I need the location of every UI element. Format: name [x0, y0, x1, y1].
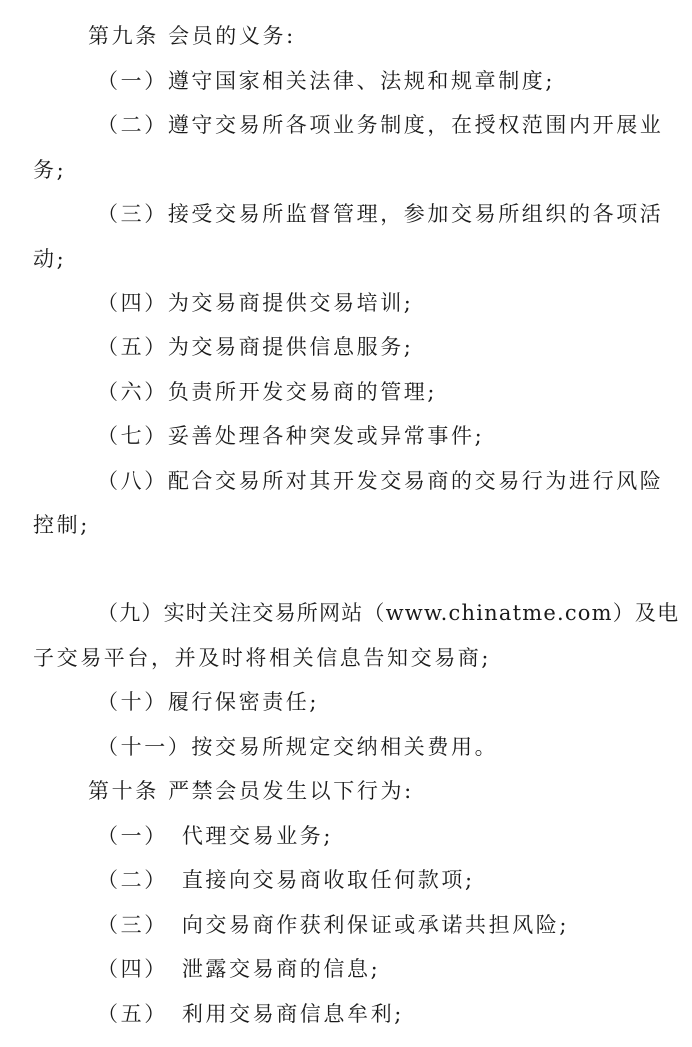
article-9-item-7: （七）妥善处理各种突发或异常事件; [97, 414, 484, 458]
article-9-item-11: （十一）按交易所规定交纳相关费用。 [97, 725, 498, 769]
item-marker: （三） [97, 202, 168, 226]
item-text: 妥善处理各种突发或异常事件; [168, 424, 484, 448]
article-9-heading: 第九条 会员的义务: [88, 14, 296, 58]
item-text: 向交易商作获利保证或承诺共担风险; [182, 913, 569, 937]
article-9-item-10: （十）履行保密责任; [97, 680, 319, 724]
article-9-item-1: （一）遵守国家相关法律、法规和规章制度; [97, 59, 555, 103]
article-10-item-3: （三）向交易商作获利保证或承诺共担风险; [97, 903, 569, 947]
article-10-item-4: （四）泄露交易商的信息; [97, 947, 380, 991]
article-9-item-9: （九）实时关注交易所网站（www.chinatme.com）及电 [97, 591, 679, 635]
item-marker: （五） [97, 335, 168, 359]
item-text: 负责所开发交易商的管理; [168, 380, 437, 404]
article-9-item-5: （五）为交易商提供信息服务; [97, 325, 414, 369]
item-text: 接受交易所监督管理，参加交易所组织的各项活 [168, 202, 664, 226]
item-text: 为交易商提供交易培训; [168, 291, 414, 315]
item-text: 代理交易业务; [182, 824, 333, 848]
item-marker: （五） [97, 1002, 168, 1026]
item-marker: （二） [97, 868, 168, 892]
article-9-item-4: （四）为交易商提供交易培训; [97, 281, 414, 325]
item-marker: （二） [97, 113, 168, 137]
item-marker: （四） [97, 291, 168, 315]
item-marker: （十） [97, 690, 168, 714]
item-marker: （九） [97, 601, 164, 625]
item-text: 利用交易商信息牟利; [182, 1002, 404, 1026]
article-9-item-8: （八）配合交易所对其开发交易商的交易行为进行风险 [97, 459, 663, 503]
article-9-item-2-continuation: 务; [33, 148, 66, 192]
item-text: 配合交易所对其开发交易商的交易行为进行风险 [168, 469, 664, 493]
item-text: 直接向交易商收取任何款项; [182, 868, 475, 892]
item-text: 履行保密责任; [168, 690, 319, 714]
heading-text: 第十条 严禁会员发生以下行为: [88, 779, 414, 803]
document-page: 第九条 会员的义务: （一）遵守国家相关法律、法规和规章制度; （二）遵守交易所… [0, 0, 692, 1047]
item-marker: （四） [97, 957, 168, 981]
item-marker: （三） [97, 913, 168, 937]
item-text: 为交易商提供信息服务; [168, 335, 414, 359]
article-10-item-2: （二）直接向交易商收取任何款项; [97, 858, 475, 902]
item-text-continuation: 子交易平台，并及时将相关信息告知交易商; [33, 646, 491, 670]
item-marker: （一） [97, 69, 168, 93]
article-10-heading: 第十条 严禁会员发生以下行为: [88, 769, 414, 813]
heading-text: 第九条 会员的义务: [88, 24, 296, 48]
article-9-item-8-continuation: 控制; [33, 503, 90, 547]
article-9-item-6: （六）负责所开发交易商的管理; [97, 370, 437, 414]
item-text-continuation: 控制; [33, 513, 90, 537]
item-marker: （七） [97, 424, 168, 448]
article-9-item-3: （三）接受交易所监督管理，参加交易所组织的各项活 [97, 192, 663, 236]
item-text: 遵守交易所各项业务制度，在授权范围内开展业 [168, 113, 664, 137]
article-10-item-5: （五）利用交易商信息牟利; [97, 992, 404, 1036]
article-9-item-9-continuation: 子交易平台，并及时将相关信息告知交易商; [33, 636, 491, 680]
item-text: 按交易所规定交纳相关费用。 [191, 735, 498, 759]
item-marker: （八） [97, 469, 168, 493]
item-text-with-website-link: 实时关注交易所网站（www.chinatme.com）及电 [164, 601, 680, 625]
item-text: 遵守国家相关法律、法规和规章制度; [168, 69, 555, 93]
item-text-continuation: 动; [33, 247, 66, 271]
item-marker: （一） [97, 824, 168, 848]
item-marker: （十一） [97, 735, 191, 759]
article-10-item-1: （一）代理交易业务; [97, 814, 333, 858]
item-marker: （六） [97, 380, 168, 404]
article-9-item-2: （二）遵守交易所各项业务制度，在授权范围内开展业 [97, 103, 663, 147]
article-9-item-3-continuation: 动; [33, 237, 66, 281]
item-text-continuation: 务; [33, 158, 66, 182]
item-text: 泄露交易商的信息; [182, 957, 380, 981]
